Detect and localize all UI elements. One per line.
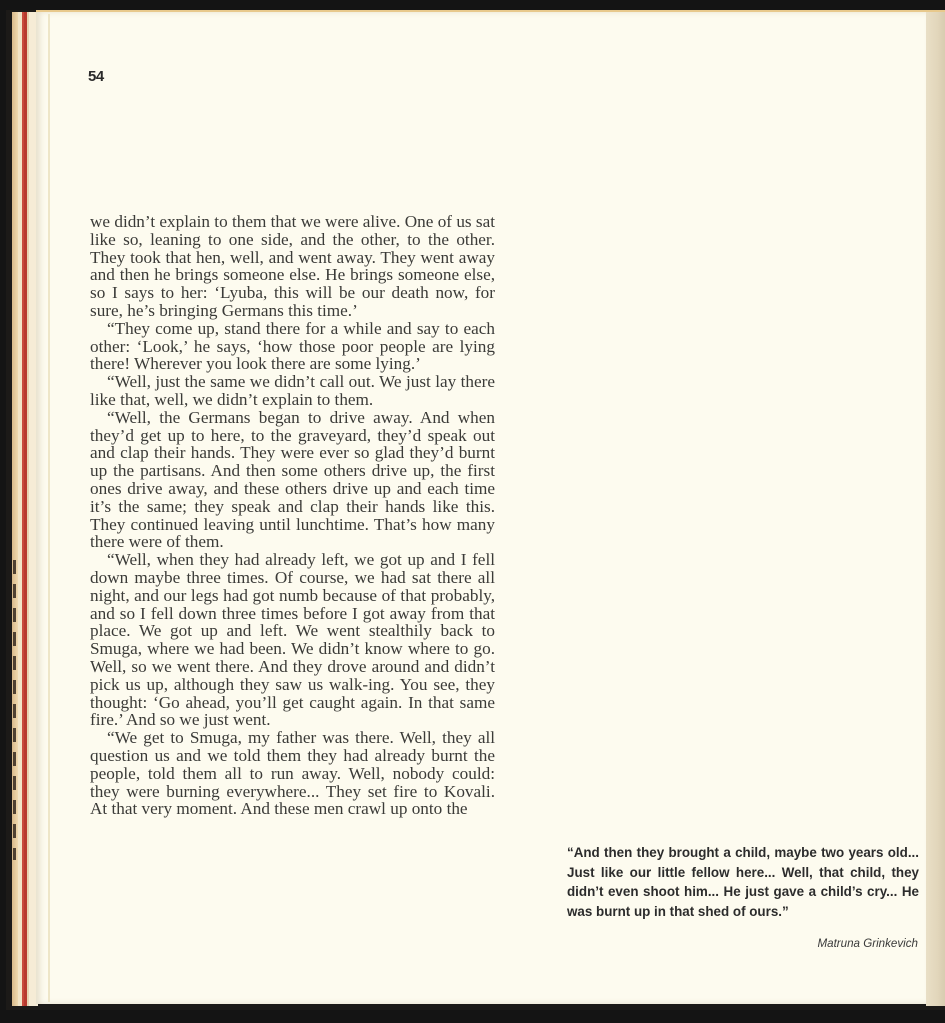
quote-attribution: Matruna Grinkevich — [560, 937, 918, 950]
paragraph: “We get to Smuga, my father was there. W… — [90, 729, 495, 818]
paragraph: “They come up, stand there for a while a… — [90, 320, 495, 373]
paragraph: “Well, when they had already left, we go… — [90, 551, 495, 729]
spine-marks — [13, 560, 16, 860]
paragraph: “Well, just the same we didn’t call out.… — [90, 373, 495, 409]
page-gutter — [48, 14, 50, 1002]
paragraph: we didn’t explain to them that we were a… — [90, 213, 495, 320]
paragraph: “Well, the Germans began to drive away. … — [90, 409, 495, 551]
page-number: 54 — [88, 68, 104, 85]
facing-page-edge — [926, 12, 945, 1006]
body-text-column: we didn’t explain to them that we were a… — [90, 213, 495, 818]
page-stack-edge — [18, 12, 38, 1006]
pull-quote: “And then they brought a child, maybe tw… — [567, 843, 919, 921]
